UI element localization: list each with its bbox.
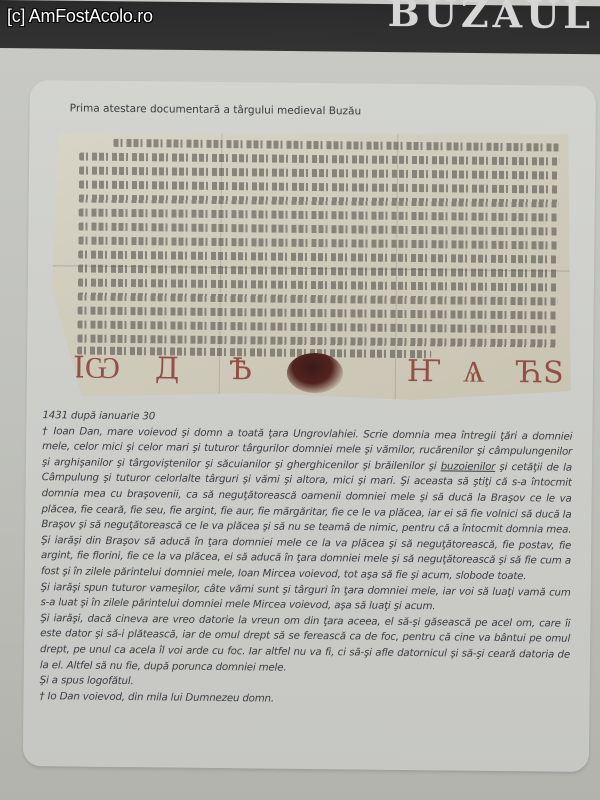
paragraph-3: Şi iarăşi, dacă cineva are vreo datorie …: [40, 611, 571, 679]
underlined-word-buzoienilor: buzoienilor: [441, 461, 496, 473]
manuscript-line: [79, 209, 559, 222]
transcription-text: 1431 după ianuarie 30 † Ioan Dan, mare v…: [39, 408, 572, 710]
manuscript-line: [79, 195, 559, 208]
manuscript-line: [78, 237, 558, 250]
manuscript-image: ІѠ Д Ѣ Ҥ Ѧ ЋЅ: [51, 128, 574, 401]
signature-monogram: ЋЅ: [517, 355, 564, 390]
signature-monogram: ІѠ: [73, 350, 120, 385]
manuscript-line: [79, 153, 559, 166]
paragraph-text: şi cetăţii de la Câmpulung şi tuturor ce…: [41, 462, 572, 582]
info-panel: Prima atestare documentară a târgului me…: [23, 80, 596, 772]
manuscript-line: [77, 321, 557, 334]
wax-seal: [287, 353, 343, 394]
manuscript-line: [78, 223, 558, 236]
manuscript-line: [77, 335, 557, 348]
signature-monogram: Ѧ: [463, 355, 485, 390]
panel-title: Prima atestare documentară a târgului me…: [70, 102, 362, 117]
manuscript-line: [78, 265, 558, 278]
manuscript-line: [79, 167, 559, 180]
manuscript-line: [77, 347, 431, 359]
manuscript-line: [113, 139, 559, 152]
signature-monogram: Ҥ: [407, 354, 442, 389]
manuscript-line: [78, 307, 558, 320]
paragraph-1: † Ioan Dan, mare voievod şi domn a toată…: [41, 424, 573, 585]
manuscript-line: [78, 251, 558, 264]
signature-monogram: Ѣ: [229, 352, 252, 387]
manuscript-line: [78, 293, 558, 306]
watermark: [c] AmFostAcolo.ro: [7, 6, 153, 27]
manuscript-line: [78, 279, 558, 292]
manuscript-line: [79, 181, 559, 194]
banner-title: BUZAUL: [388, 0, 594, 37]
signature-monogram: Д: [155, 351, 180, 386]
paragraph-2: Şi iarăşi spun tuturor vameşilor, câte v…: [40, 580, 570, 617]
